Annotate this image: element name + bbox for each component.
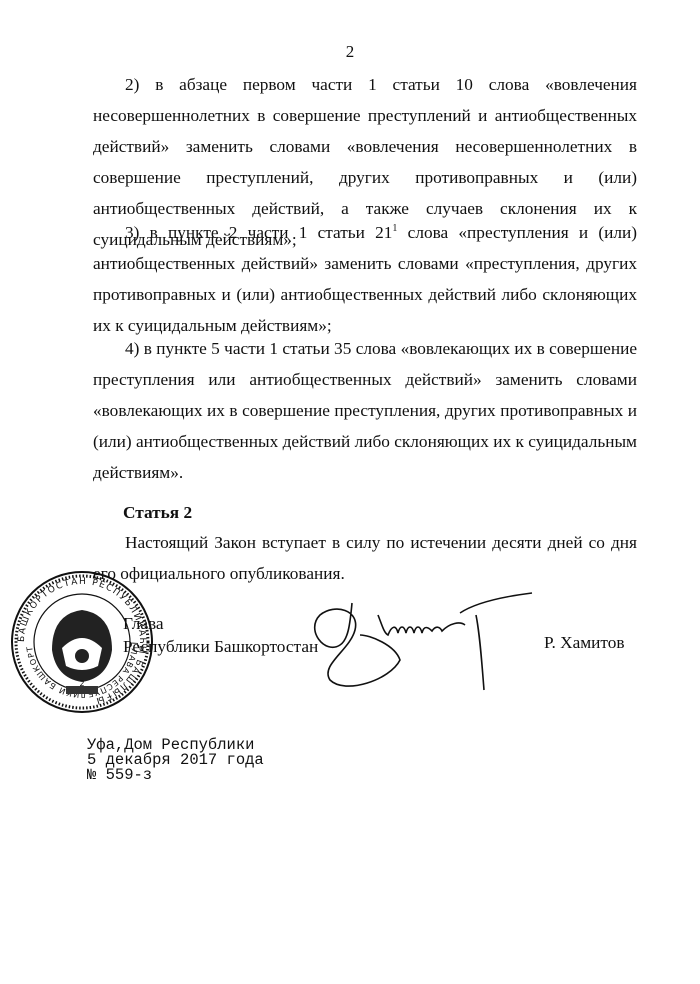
article-2-text: Настоящий Закон вступает в силу по истеч…	[93, 527, 637, 589]
amendment-text: 4) в пункте 5 части 1 статьи 35 слова «в…	[93, 339, 637, 482]
handwritten-signature	[300, 585, 540, 695]
amendment-item-3: 3) в пункте 2 части 1 статьи 211 слова «…	[93, 217, 637, 341]
signer-name: Р. Хамитов	[544, 633, 625, 653]
svg-text:2: 2	[79, 679, 84, 688]
page-number: 2	[0, 42, 700, 62]
amendment-item-4: 4) в пункте 5 части 1 статьи 35 слова «в…	[93, 333, 637, 488]
official-seal-icon: БАШКОРТОСТАН РЕСПУБЛИКАҺЫ БАШЛЫҒЫ ГЛАВА …	[10, 570, 154, 714]
signing-details: Уфа,Дом Республики5 декабря 2017 года№ 5…	[87, 738, 264, 783]
amendment-text: 3) в пункте 2 части 1 статьи 21	[125, 223, 392, 242]
article-2-heading: Статья 2	[123, 503, 192, 523]
law-number: № 559-з	[87, 768, 264, 783]
